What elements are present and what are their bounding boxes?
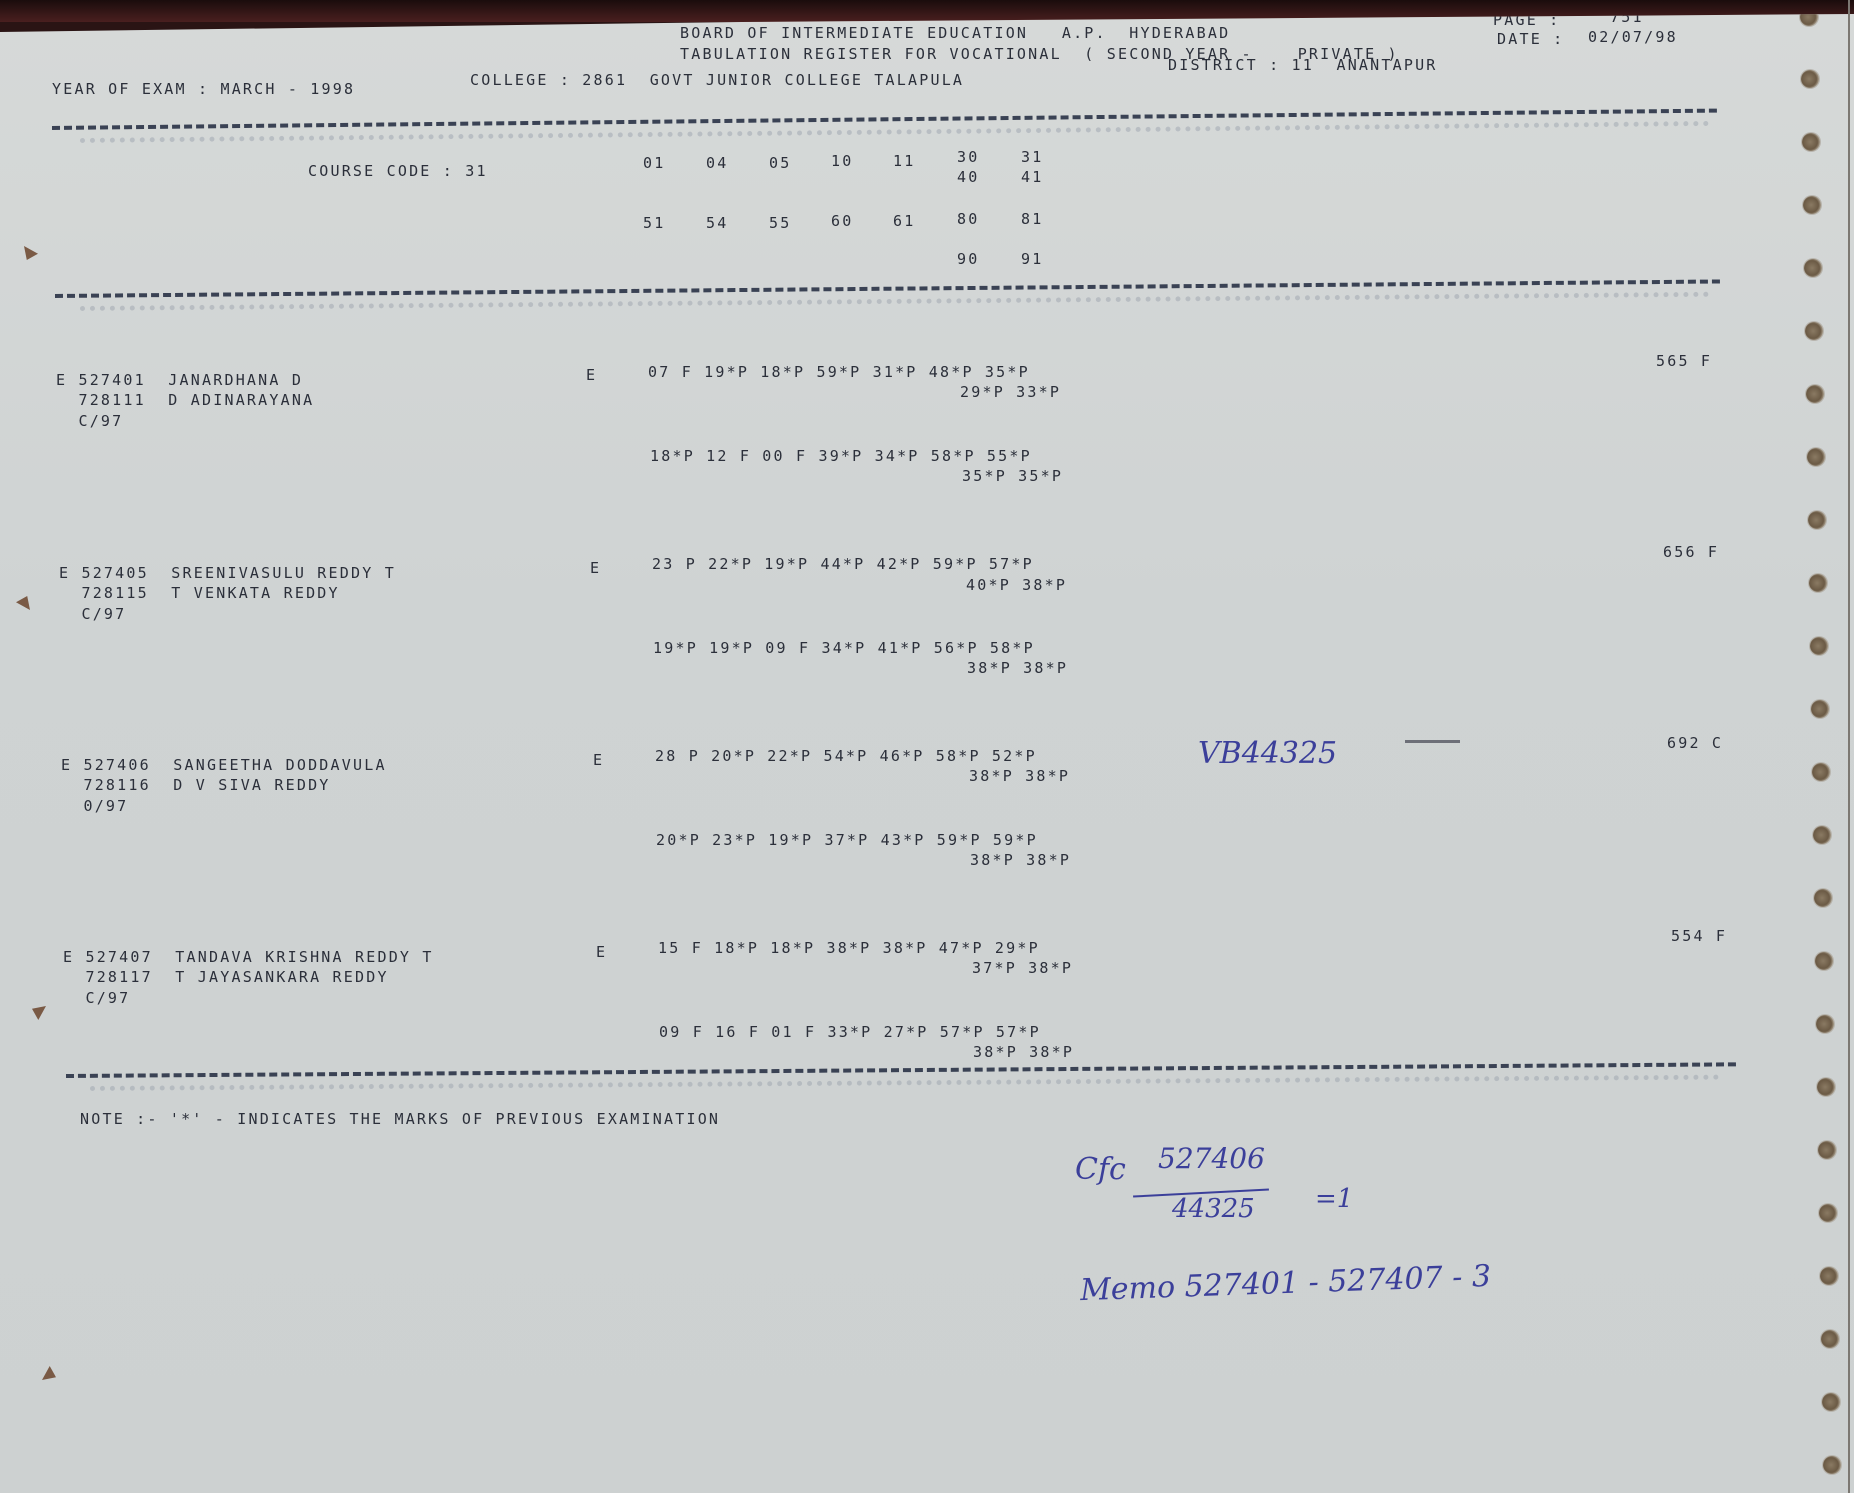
marks-second-year-extra: 38*P 38*P: [973, 1043, 1074, 1061]
printout-page: BOARD OF INTERMEDIATE EDUCATION A.P. HYD…: [0, 14, 1854, 1493]
college: COLLEGE : 2861 GOVT JUNIOR COLLEGE TALAP…: [470, 71, 964, 89]
marks-first-year-extra: 38*P 38*P: [969, 767, 1070, 785]
student-category: C/97: [63, 989, 130, 1007]
total-result: 692 C: [1667, 734, 1723, 752]
sprocket-hole: [1803, 196, 1821, 214]
sprocket-hole: [1805, 322, 1823, 340]
code: 51: [643, 214, 665, 232]
student-hall-father: 728111 D ADINARAYANA: [56, 391, 314, 409]
sprocket-hole: [1817, 1078, 1835, 1096]
marks-first-year: 07 F 19*P 18*P 59*P 31*P 48*P 35*P: [648, 363, 1030, 381]
code: 04: [706, 154, 728, 172]
sprocket-hole: [1811, 700, 1829, 718]
date-label: DATE :: [1497, 30, 1564, 48]
sprocket-hole: [1822, 1393, 1840, 1411]
tear-mark: [32, 1006, 46, 1020]
course-code: COURSE CODE : 31: [308, 162, 488, 180]
year-of-exam: YEAR OF EXAM : MARCH - 1998: [52, 80, 355, 98]
sprocket-hole: [1815, 952, 1833, 970]
code: 90: [957, 250, 979, 268]
divider-shadow: [90, 1075, 1720, 1091]
marks-second-year-extra: 38*P 38*P: [970, 851, 1071, 869]
code: 54: [706, 214, 728, 232]
code: 30: [957, 148, 979, 166]
code: 61: [893, 212, 915, 230]
sprocket-hole: [1823, 1456, 1841, 1474]
marks-first-year-extra: 37*P 38*P: [972, 959, 1073, 977]
tear-mark: [16, 596, 30, 610]
medium: E: [593, 751, 604, 769]
marks-first-year: 23 P 22*P 19*P 44*P 42*P 59*P 57*P: [652, 555, 1034, 573]
sprocket-hole: [1816, 1015, 1834, 1033]
marks-second-year: 20*P 23*P 19*P 37*P 43*P 59*P 59*P: [656, 831, 1038, 849]
sprocket-hole: [1820, 1267, 1838, 1285]
marks-second-year: 09 F 16 F 01 F 33*P 27*P 57*P 57*P: [659, 1023, 1041, 1041]
sprocket-hole: [1814, 889, 1832, 907]
code: 05: [769, 154, 791, 172]
sprocket-hole: [1819, 1204, 1837, 1222]
marks-first-year-extra: 29*P 33*P: [960, 383, 1061, 401]
sprocket-hole: [1808, 511, 1826, 529]
handwritten-cfc-numerator: 527406: [1158, 1142, 1265, 1175]
page-edge: [1848, 0, 1850, 1493]
tear-mark: [24, 246, 38, 260]
board-title: BOARD OF INTERMEDIATE EDUCATION A.P. HYD…: [680, 24, 1230, 42]
medium: E: [586, 366, 597, 384]
sprocket-hole: [1812, 763, 1830, 781]
sprocket-hole: [1818, 1141, 1836, 1159]
date-value: 02/07/98: [1588, 28, 1678, 46]
student-category: 0/97: [61, 797, 128, 815]
sprocket-hole: [1804, 259, 1822, 277]
marks-second-year-extra: 35*P 35*P: [962, 467, 1063, 485]
footnote: NOTE :- '*' - INDICATES THE MARKS OF PRE…: [80, 1110, 720, 1128]
marks-second-year: 18*P 12 F 00 F 39*P 34*P 58*P 55*P: [650, 447, 1032, 465]
student-category: C/97: [59, 605, 126, 623]
code: 81: [1021, 210, 1043, 228]
handwritten-cfc-denominator: 44325: [1172, 1194, 1255, 1224]
handwritten-cfc-result: =1: [1315, 1184, 1353, 1214]
code: 60: [831, 212, 853, 230]
code: 80: [957, 210, 979, 228]
handwritten-reference: VB44325: [1198, 736, 1337, 771]
total-result: 656 F: [1663, 543, 1719, 561]
code: 10: [831, 152, 853, 170]
sprocket-hole: [1809, 574, 1827, 592]
code: 55: [769, 214, 791, 232]
student-hall-father: 728117 T JAYASANKARA REDDY: [63, 968, 389, 986]
marks-first-year-extra: 40*P 38*P: [966, 576, 1067, 594]
district: DISTRICT : 11 ANANTAPUR: [1168, 56, 1438, 74]
code: 41: [1021, 168, 1043, 186]
code: 40: [957, 168, 979, 186]
sprocket-hole: [1813, 826, 1831, 844]
code: 91: [1021, 250, 1043, 268]
student-id-name: E 527406 SANGEETHA DODDAVULA: [61, 756, 387, 774]
sprocket-hole: [1802, 133, 1820, 151]
student-id-name: E 527401 JANARDHANA D: [56, 371, 303, 389]
student-id-name: E 527407 TANDAVA KRISHNA REDDY T: [63, 948, 434, 966]
marks-second-year-extra: 38*P 38*P: [967, 659, 1068, 677]
marks-second-year: 19*P 19*P 09 F 34*P 41*P 56*P 58*P: [653, 639, 1035, 657]
sprocket-hole: [1807, 448, 1825, 466]
code: 31: [1021, 148, 1043, 166]
student-id-name: E 527405 SREENIVASULU REDDY T: [59, 564, 396, 582]
total-result: 554 F: [1671, 927, 1727, 945]
student-hall-father: 728115 T VENKATA REDDY: [59, 584, 340, 602]
medium: E: [596, 943, 607, 961]
code: 01: [643, 154, 665, 172]
marks-first-year: 28 P 20*P 22*P 54*P 46*P 58*P 52*P: [655, 747, 1037, 765]
handwritten-memo: Memo 527401 - 527407 - 3: [1080, 1259, 1492, 1308]
sprocket-hole: [1806, 385, 1824, 403]
marks-first-year: 15 F 18*P 18*P 38*P 38*P 47*P 29*P: [658, 939, 1040, 957]
code: 11: [893, 152, 915, 170]
student-category: C/97: [56, 412, 123, 430]
sprocket-hole: [1810, 637, 1828, 655]
tear-mark: [42, 1366, 56, 1380]
total-result: 565 F: [1656, 352, 1712, 370]
handwritten-cfc-label: Cfc: [1075, 1152, 1126, 1187]
medium: E: [590, 559, 601, 577]
sprocket-hole: [1821, 1330, 1839, 1348]
student-hall-father: 728116 D V SIVA REDDY: [61, 776, 331, 794]
handwritten-dash: [1405, 740, 1460, 743]
sprocket-hole: [1801, 70, 1819, 88]
